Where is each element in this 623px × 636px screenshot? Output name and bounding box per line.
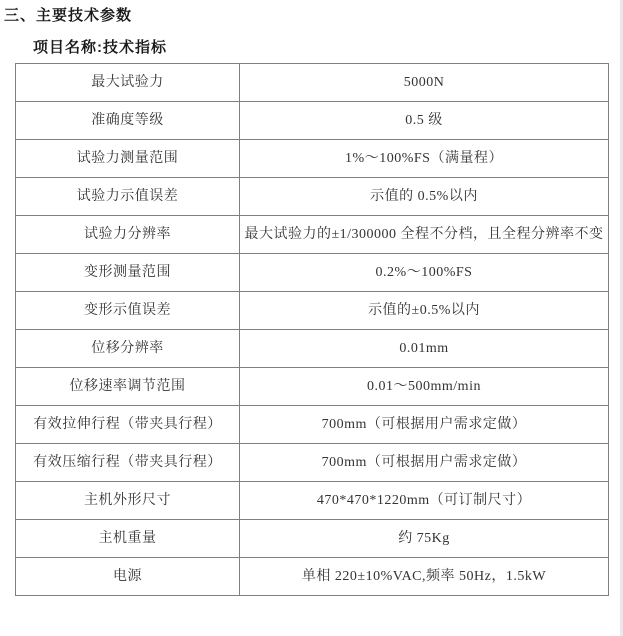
param-name-cell: 有效压缩行程（带夹具行程） [16, 444, 240, 482]
param-value-cell: 0.01mm [240, 330, 609, 368]
table-row: 变形示值误差示值的±0.5%以内 [16, 292, 609, 330]
param-name-cell: 准确度等级 [16, 102, 240, 140]
param-name-cell: 位移速率调节范围 [16, 368, 240, 406]
param-value-cell: 5000N [240, 64, 609, 102]
table-row: 位移速率调节范围0.01～500mm/min [16, 368, 609, 406]
param-name-cell: 试验力分辨率 [16, 216, 240, 254]
param-name-cell: 变形测量范围 [16, 254, 240, 292]
table-row: 试验力示值误差示值的 0.5%以内 [16, 178, 609, 216]
param-name-cell: 试验力示值误差 [16, 178, 240, 216]
param-value-cell: 700mm（可根据用户需求定做） [240, 406, 609, 444]
table-row: 主机外形尺寸470*470*1220mm（可订制尺寸） [16, 482, 609, 520]
table-row: 位移分辨率0.01mm [16, 330, 609, 368]
table-row: 有效拉伸行程（带夹具行程）700mm（可根据用户需求定做） [16, 406, 609, 444]
table-row: 试验力分辨率最大试验力的±1/300000 全程不分档，且全程分辨率不变 [16, 216, 609, 254]
param-name-cell: 位移分辨率 [16, 330, 240, 368]
param-name-cell: 变形示值误差 [16, 292, 240, 330]
table-row: 主机重量约 75Kg [16, 520, 609, 558]
param-name-cell: 主机外形尺寸 [16, 482, 240, 520]
table-row: 有效压缩行程（带夹具行程）700mm（可根据用户需求定做） [16, 444, 609, 482]
spec-table: 最大试验力5000N准确度等级0.5 级试验力测量范围1%～100%FS（满量程… [15, 63, 609, 596]
param-name-cell: 试验力测量范围 [16, 140, 240, 178]
table-row: 最大试验力5000N [16, 64, 609, 102]
param-value-cell: 0.2%～100%FS [240, 254, 609, 292]
param-value-cell: 700mm（可根据用户需求定做） [240, 444, 609, 482]
param-value-cell: 约 75Kg [240, 520, 609, 558]
table-row: 准确度等级0.5 级 [16, 102, 609, 140]
spec-table-body: 最大试验力5000N准确度等级0.5 级试验力测量范围1%～100%FS（满量程… [16, 64, 609, 596]
section-title: 三、主要技术参数 [4, 4, 132, 25]
param-name-cell: 有效拉伸行程（带夹具行程） [16, 406, 240, 444]
param-value-cell: 470*470*1220mm（可订制尺寸） [240, 482, 609, 520]
param-name-cell: 最大试验力 [16, 64, 240, 102]
param-value-cell: 示值的 0.5%以内 [240, 178, 609, 216]
table-row: 试验力测量范围1%～100%FS（满量程） [16, 140, 609, 178]
param-value-cell: 单相 220±10%VAC,频率 50Hz，1.5kW [240, 558, 609, 596]
param-name-cell: 电源 [16, 558, 240, 596]
param-value-cell: 0.01～500mm/min [240, 368, 609, 406]
table-row: 变形测量范围0.2%～100%FS [16, 254, 609, 292]
param-value-cell: 最大试验力的±1/300000 全程不分档，且全程分辨率不变 [240, 216, 609, 254]
table-row: 电源单相 220±10%VAC,频率 50Hz，1.5kW [16, 558, 609, 596]
table-caption: 项目名称:技术指标 [33, 36, 167, 57]
param-value-cell: 0.5 级 [240, 102, 609, 140]
param-value-cell: 示值的±0.5%以内 [240, 292, 609, 330]
param-value-cell: 1%～100%FS（满量程） [240, 140, 609, 178]
param-name-cell: 主机重量 [16, 520, 240, 558]
